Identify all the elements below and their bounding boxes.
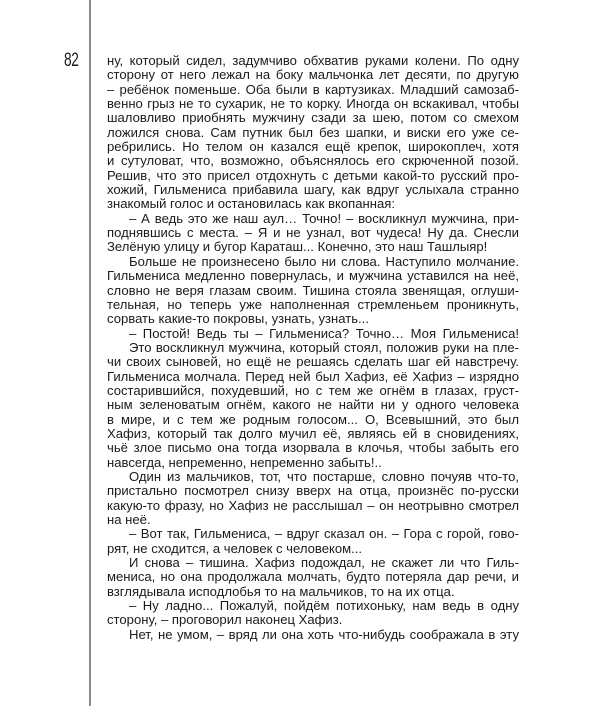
text-line: состарившийся, похудевший, но с тем же о… (107, 384, 519, 398)
text-line: сторону от него лежал на боку мальчонка … (107, 68, 519, 82)
text-line: взглядывала исподлобья то на мальчиков, … (107, 585, 519, 599)
text-line: тельная, но теперь уже наполненная стрем… (107, 298, 519, 312)
text-line: Зелёную улицу и бугор Караташ... Конечно… (107, 240, 519, 254)
text-line: сторону, – проговорил наконец Хафиз. (107, 613, 519, 627)
text-line: рят, не сходится, а человек с человеком.… (107, 542, 519, 556)
text-line: словно не веря глазам своим. Тишина стоя… (107, 284, 519, 298)
text-line: знакомый голос и остановилась как вкопан… (107, 197, 519, 211)
text-line: пристально посмотрел снизу вверх на отца… (107, 484, 519, 498)
text-line: шаловливо приобнять мужчину сзади за шею… (107, 111, 519, 125)
text-line: сорвать какие-то покровы, узнать, узнать… (107, 312, 519, 326)
text-line: в мире, и с тем же родным голосом... О, … (107, 413, 519, 427)
text-line: – ребёнок поменьше. Оба были в картузика… (107, 83, 519, 97)
margin-rule (89, 0, 91, 706)
text-line: чьё злое письмо она тогда изорвала в кло… (107, 441, 519, 455)
text-line: И снова – тишина. Хафиз подождал, не ска… (107, 556, 519, 570)
text-line: Решив, что это присел отдохнуть с детьми… (107, 169, 519, 183)
text-line: поднявшись с места. – Я и не узнал, вот … (107, 226, 519, 240)
text-line: Нет, не умом, – вряд ли она хоть что-ниб… (107, 628, 519, 642)
text-line: ложился снова. Сам путник был без шапки,… (107, 126, 519, 140)
text-line: и сутуловат, что, возможно, объяснялось … (107, 154, 519, 168)
text-line: Это воскликнул мужчина, который стоял, п… (107, 341, 519, 355)
text-line: – Ну ладно... Пожалуй, пойдём потихоньку… (107, 599, 519, 613)
text-line: ну, который сидел, задумчиво обхватив ру… (107, 54, 519, 68)
text-line: венно грыз не то сухарик, не то корку. И… (107, 97, 519, 111)
body-text: ну, который сидел, задумчиво обхватив ру… (107, 54, 519, 642)
text-line: на неё. (107, 513, 519, 527)
text-line: навсегда, непременно, непременно забыть!… (107, 456, 519, 470)
text-line: Один из мальчиков, тот, что постарше, сл… (107, 470, 519, 484)
text-line: Гильмениса молчала. Перед ней был Хафиз,… (107, 370, 519, 384)
text-line: хожий, Гильмениса прибавила шагу, как вд… (107, 183, 519, 197)
text-line: Больше не произнесено было ни слова. Нас… (107, 255, 519, 269)
text-line: какую-то фразу, но Хафиз не расслышал – … (107, 499, 519, 513)
text-line: Хафиз, который так долго мучил её, являя… (107, 427, 519, 441)
text-line: – Постой! Ведь ты – Гильмениса? Точно… М… (107, 327, 519, 341)
text-line: ребрились. Но телом он казался ещё крепо… (107, 140, 519, 154)
text-line: чи своих сыновей, но ещё не решаясь сдел… (107, 355, 519, 369)
text-line: – Вот так, Гильмениса, – вдруг сказал он… (107, 527, 519, 541)
page-number: 82 (64, 50, 79, 72)
text-line: Гильмениса медленно повернулась, и мужчи… (107, 269, 519, 283)
text-line: мениса, но она продолжала молчать, будто… (107, 570, 519, 584)
text-line: ным зеленоватым огнём, какого не найти н… (107, 398, 519, 412)
text-line: – А ведь это же наш аул… Точно! – воскли… (107, 212, 519, 226)
